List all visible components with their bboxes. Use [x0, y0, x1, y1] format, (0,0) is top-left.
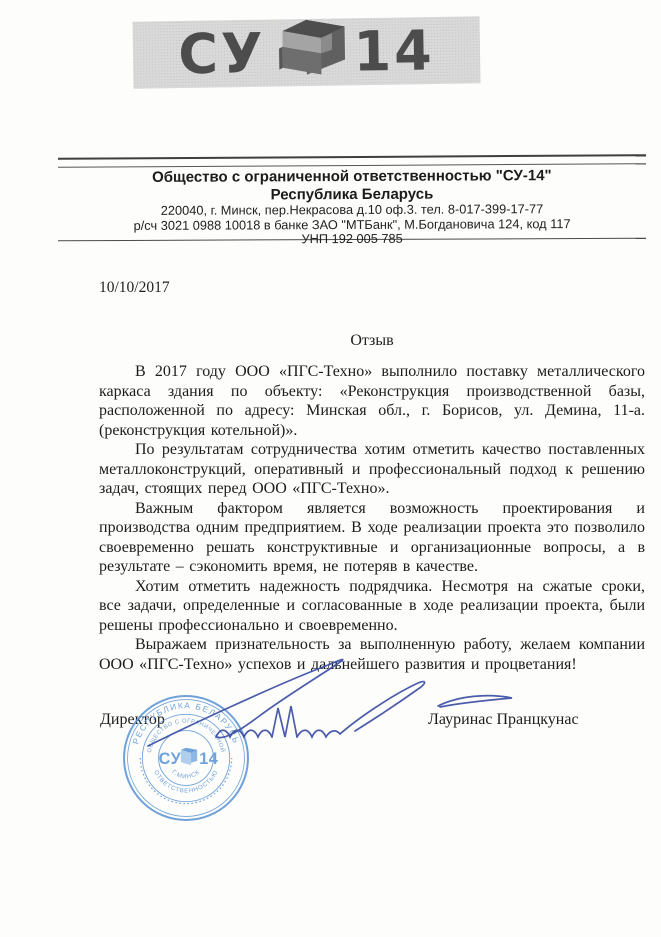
scanned-letter-page: СУ 14 Общество с ограниченной ответствен… — [0, 0, 661, 937]
stamp-city-text: Г.МИНСК — [170, 769, 201, 781]
document-title: Отзыв — [99, 332, 645, 350]
body-paragraph: По результатам сотрудничества хотим отме… — [99, 440, 645, 499]
unp-line: УНП 192 005 785 — [58, 231, 646, 248]
letterhead: Общество с ограниченной ответственностью… — [58, 167, 646, 248]
company-logo: СУ 14 — [132, 16, 480, 88]
stamp-ring-inner-bottom-text: ОТВЕТСТВЕННОСТЬЮ — [152, 769, 219, 795]
cube-icon — [273, 17, 350, 87]
logo-text-su: СУ — [178, 26, 266, 82]
body-paragraph: Важным фактором является возможность про… — [99, 499, 645, 577]
letterhead-top-rule-outer — [58, 154, 646, 159]
body-paragraph: В 2017 году ООО «ПГС-Техно» выполнило по… — [99, 362, 645, 440]
logo-text-14: 14 — [353, 23, 435, 79]
body-paragraph: Хотим отметить надежность подрядчика. Не… — [99, 577, 645, 636]
document-date: 10/10/2017 — [99, 279, 170, 297]
document-body: В 2017 году ООО «ПГС-Техно» выполнило по… — [99, 362, 645, 674]
signature-ink — [128, 650, 528, 762]
